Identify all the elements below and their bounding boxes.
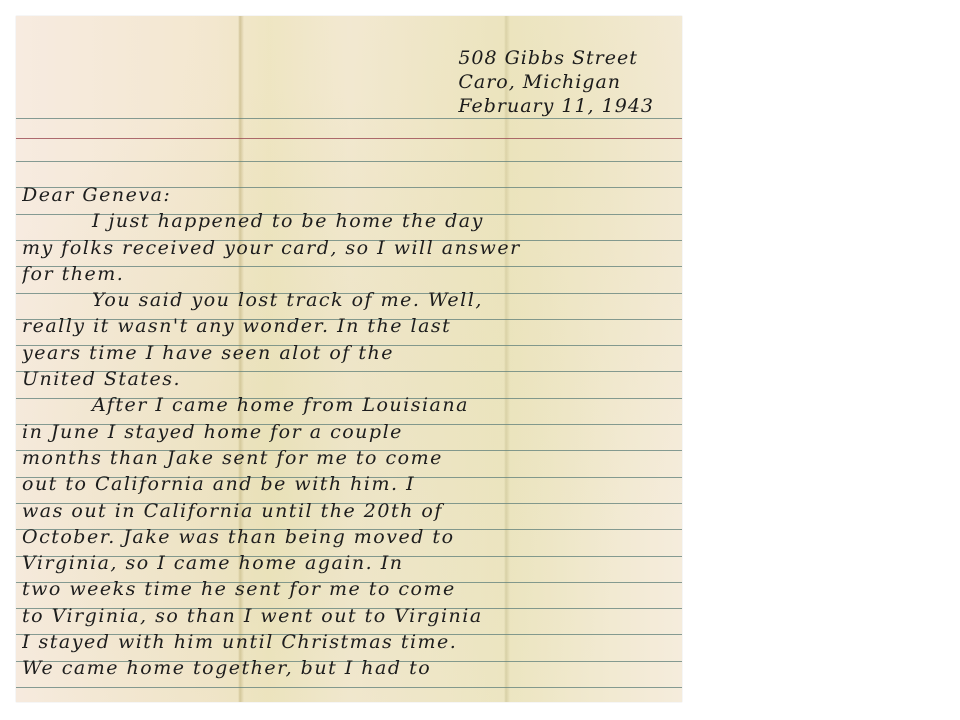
- letter-line: Virginia, so I came home again. In: [22, 550, 672, 576]
- letter-line: was out in California until the 20th of: [22, 498, 672, 524]
- letter-line: out to California and be with him. I: [22, 471, 672, 497]
- letter-line: my folks received your card, so I will a…: [22, 235, 672, 261]
- letter-line: really it wasn't any wonder. In the last: [22, 313, 672, 339]
- letter-line: United States.: [22, 366, 672, 392]
- letter-line: We came home together, but I had to: [22, 655, 672, 681]
- letter-line: I just happened to be home the day: [22, 208, 672, 234]
- heading-city: Caro, Michigan: [458, 70, 654, 94]
- letter-line: months than Jake sent for me to come: [22, 445, 672, 471]
- letter-line: After I came home from Louisiana: [22, 392, 672, 418]
- rule-line-red: [16, 138, 682, 139]
- letter-line: in June I stayed home for a couple: [22, 419, 672, 445]
- letter-line: October. Jake was than being moved to: [22, 524, 672, 550]
- letter-line: years time I have seen alot of the: [22, 340, 672, 366]
- rule-line: [16, 118, 682, 119]
- letter-body: Dear Geneva: I just happened to be home …: [22, 182, 672, 682]
- salutation: Dear Geneva:: [22, 182, 672, 208]
- letter-heading: 508 Gibbs Street Caro, Michigan February…: [458, 46, 654, 118]
- letter-line: to Virginia, so than I went out to Virgi…: [22, 603, 672, 629]
- letter-line: I stayed with him until Christmas time.: [22, 629, 672, 655]
- letter-line: two weeks time he sent for me to come: [22, 576, 672, 602]
- rule-line: [16, 687, 682, 688]
- letter-line: You said you lost track of me. Well,: [22, 287, 672, 313]
- rule-line: [16, 161, 682, 162]
- letter-line: for them.: [22, 261, 672, 287]
- heading-date: February 11, 1943: [458, 94, 654, 118]
- heading-street: 508 Gibbs Street: [458, 46, 654, 70]
- letter-page: 508 Gibbs Street Caro, Michigan February…: [16, 16, 682, 702]
